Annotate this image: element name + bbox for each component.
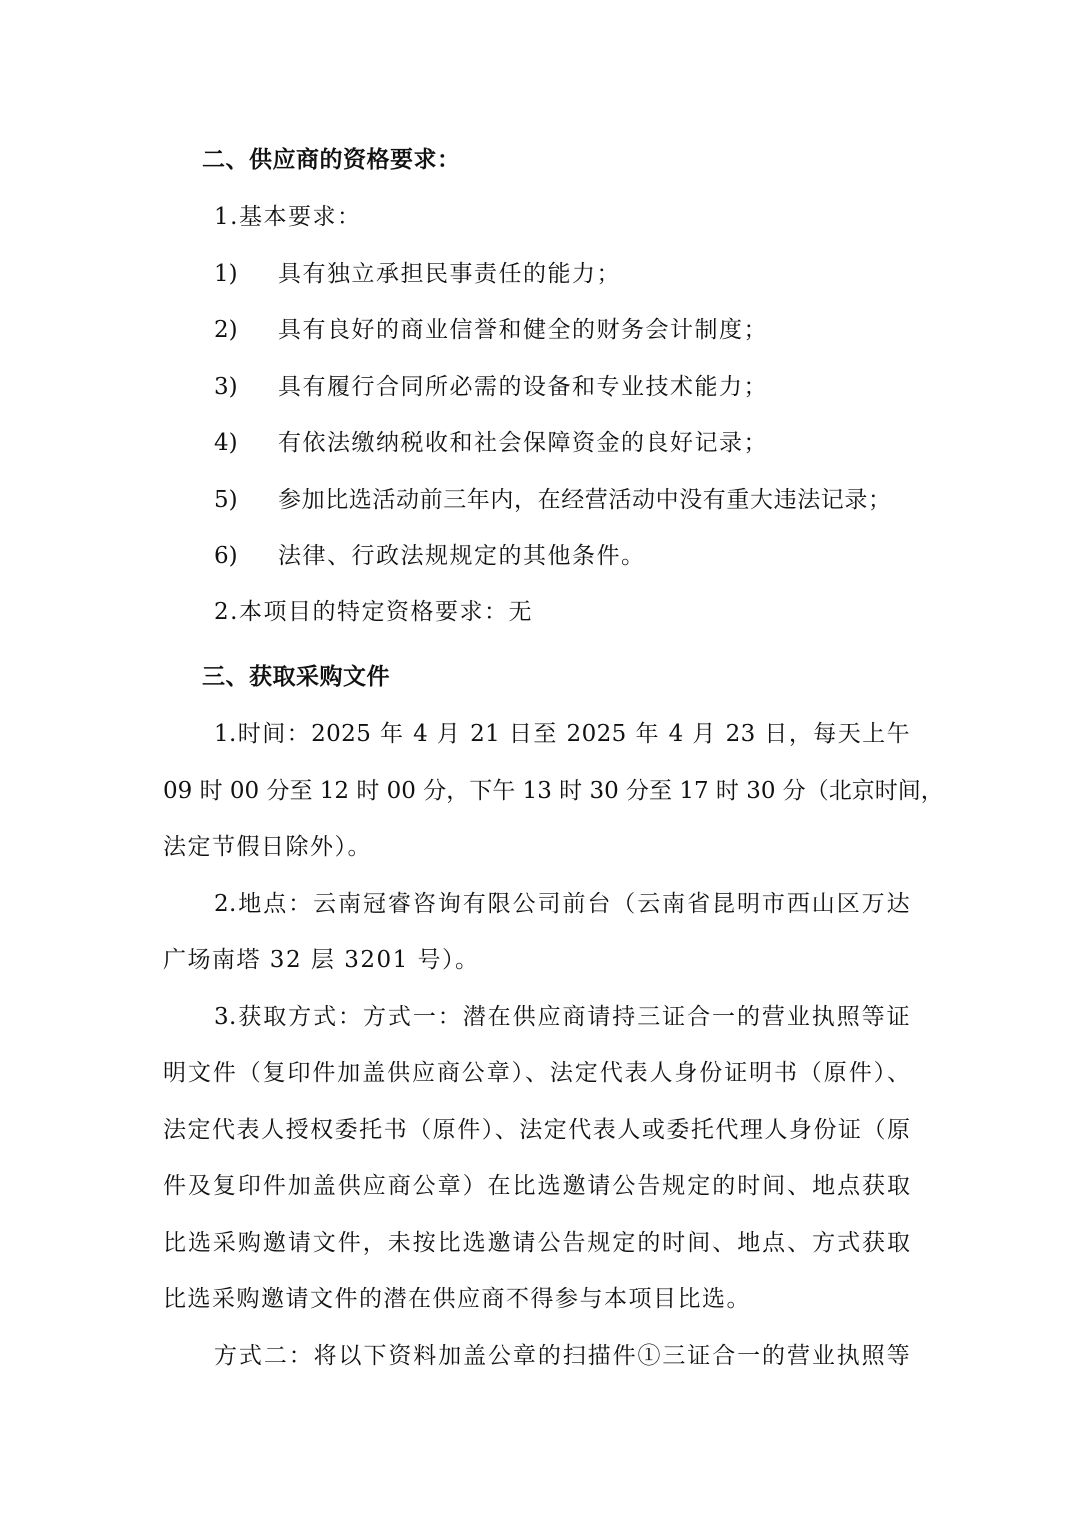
time-paragraph-line: 09 时 00 分至 12 时 00 分，下午 13 时 30 分至 17 时 … — [163, 776, 910, 806]
document-page: 二、供应商的资格要求： 1.基本要求： 1) 具有独立承担民事责任的能力； 2)… — [0, 0, 1074, 1520]
list-item-number: 2) — [214, 315, 238, 345]
method-paragraph-line: 比选采购邀请文件，未按比选邀请公告规定的时间、地点、方式获取 — [163, 1228, 910, 1258]
list-item-text: 法律、行政法规规定的其他条件。 — [278, 541, 646, 571]
list-item-text: 具有履行合同所必需的设备和专业技术能力； — [278, 372, 768, 402]
list-item-number: 4) — [214, 428, 238, 458]
list-item-number: 6) — [214, 541, 238, 571]
method-paragraph-line: 比选采购邀请文件的潜在供应商不得参与本项目比选。 — [163, 1284, 751, 1314]
method-two-line: 方式二：将以下资料加盖公章的扫描件①三证合一的营业执照等 — [214, 1341, 910, 1371]
list-item-number: 5) — [214, 485, 238, 515]
list-item-number: 1) — [214, 259, 238, 289]
list-item-text: 具有良好的商业信誉和健全的财务会计制度； — [278, 315, 768, 345]
specific-requirements: 2.本项目的特定资格要求：无 — [214, 597, 533, 627]
section-heading-obtain-documents: 三、获取采购文件 — [202, 662, 390, 692]
method-paragraph-line: 法定代表人授权委托书（原件）、法定代表人或委托代理人身份证（原 — [163, 1115, 910, 1145]
method-paragraph-line: 件及复印件加盖供应商公章）在比选邀请公告规定的时间、地点获取 — [163, 1171, 910, 1201]
method-paragraph-line: 明文件（复印件加盖供应商公章）、法定代表人身份证明书（原件）、 — [163, 1058, 910, 1088]
list-item-text: 参加比选活动前三年内，在经营活动中没有重大违法记录； — [278, 485, 892, 515]
basic-requirements-label: 1.基本要求： — [214, 202, 361, 232]
section-heading-qualifications: 二、供应商的资格要求： — [202, 145, 461, 175]
time-paragraph-line: 1.时间：2025 年 4 月 21 日至 2025 年 4 月 23 日，每天… — [214, 719, 910, 749]
place-paragraph-line: 广场南塔 32 层 3201 号）。 — [163, 945, 480, 975]
list-item-text: 具有独立承担民事责任的能力； — [278, 259, 621, 289]
list-item-text: 有依法缴纳税收和社会保障资金的良好记录； — [278, 428, 768, 458]
time-paragraph-line: 法定节假日除外）。 — [163, 832, 372, 862]
list-item-number: 3) — [214, 372, 238, 402]
method-paragraph-line: 3.获取方式：方式一：潜在供应商请持三证合一的营业执照等证 — [214, 1002, 910, 1032]
place-paragraph-line: 2.地点：云南冠睿咨询有限公司前台（云南省昆明市西山区万达 — [214, 889, 910, 919]
